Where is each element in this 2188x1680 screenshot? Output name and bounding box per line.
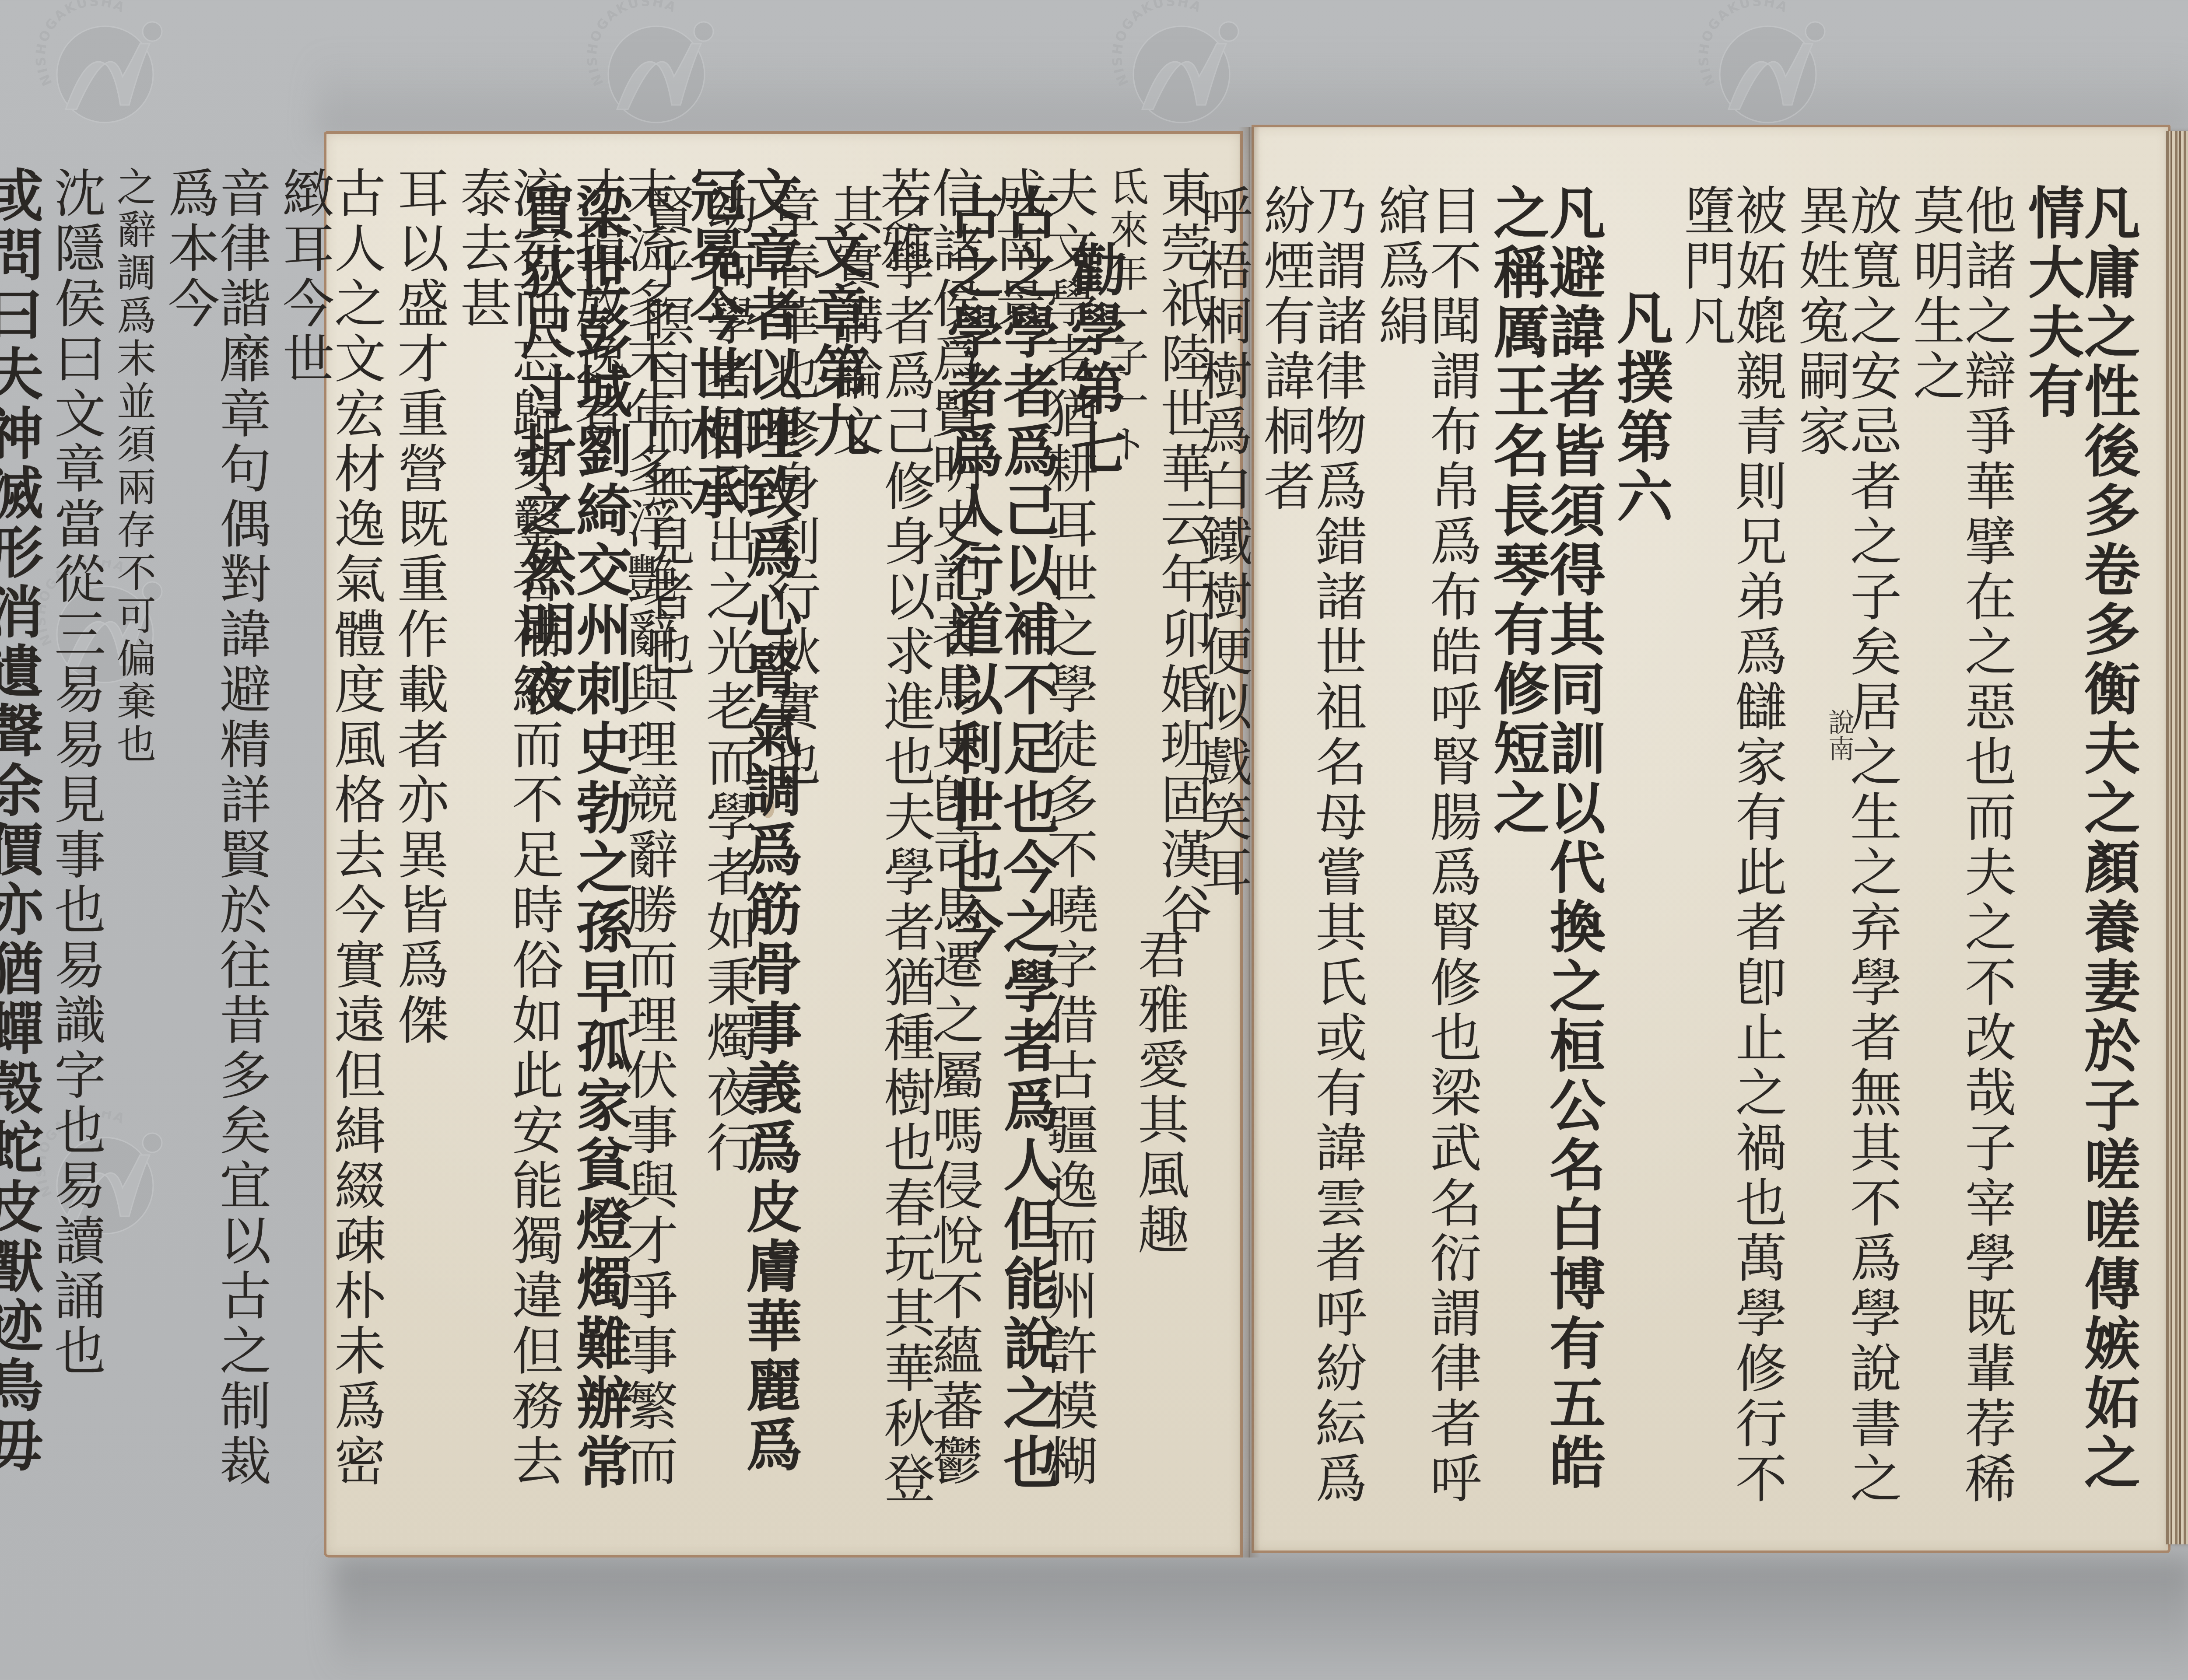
text-column: 放寬之安忌者之子矣居之生之弃學者無其不爲學說書之異姓寃嗣家 xyxy=(1794,184,1897,1518)
text-column: 君雅愛其風趣 xyxy=(1133,184,1185,1518)
open-book: 東莞祇陸世華云年卯婚班固漢谷 氐來年一子一ト 夫文學者猶耕耳世之學徒多不曉字借古… xyxy=(0,0,2188,1680)
text-column: 賢乎瞑目而無見者也 xyxy=(639,184,691,1518)
text-column: 凡避諱者皆須得其同訓以代換之桓公名白博有五皓之稱厲王名長琴有修短之 xyxy=(1489,184,1601,1518)
text-column: 音律諧靡章句偶對諱避精詳賢於往昔多矣宜以古之制裁爲本今 xyxy=(164,166,267,1522)
text-column: 沈隱侯曰文章當從三易易見事也易識字也易讀誦也 xyxy=(50,166,102,1522)
text-column: 之辭調爲末並須兩存不可偏棄也 xyxy=(113,166,152,1522)
text-column: 之學者爲己修身以求進也夫學者猶種樹也春玩其華秋登其實講論文 xyxy=(828,184,931,1518)
text-column: 乃謂諸律物爲錯諸世祖名母嘗其氏或有諱雲者呼紛紜爲紛煙有諱桐者 xyxy=(1259,184,1363,1518)
text-column: 或問曰夫神滅形消遺聲余價亦猶蟬殼蛇皮獸迹鳥毋耳何預於死者而聖 xyxy=(0,166,39,1522)
chapter-heading: 凡撲第六 xyxy=(1612,184,1668,1518)
text-column: 章春華也修身利行秋實也 xyxy=(765,184,817,1518)
text-column: 幼而學者如日出之光老而學者如秉燭夜行 xyxy=(702,184,754,1518)
text-column: 凡庸之性後多卷多衡夫之顏養妻於子嗟嗟傳嫉妬之情大夫有 xyxy=(2023,184,2135,1518)
text-column: 目不聞謂布帛爲布皓呼腎腸爲腎修也梁武名衍謂律者呼綰爲絹 xyxy=(1374,184,1477,1518)
text-column: 古人之文宏材逸氣體度風格去今實遠但緝綴疎朴未爲密緻耳今世 xyxy=(278,166,382,1522)
page-edges-stack xyxy=(2166,131,2188,1544)
text-column: 古之學者爲己以補不足也今之學者爲人但能說之也古之學者爲人行道以利世也今 xyxy=(943,184,1055,1518)
text-column: 被妬媲親青則兄弟爲讎家有此者卽止之禍也萬學修行不墮門凡 xyxy=(1680,184,1783,1518)
text-column: 呼梧桐樹爲白鐵樹便似戲笑耳 xyxy=(1196,184,1248,1518)
chapter-heading: 勸學第七 xyxy=(1066,184,1122,1518)
marginal-note: 說南 xyxy=(1820,709,1858,761)
right-page-text: 凡庸之性後多卷多衡夫之顏養妻於子嗟嗟傳嫉妬之情大夫有 他諸之辯爭華擘在之惡也而夫… xyxy=(504,184,2135,1518)
text-column: 耳以盛才重營既重作載者亦異皆爲傑 xyxy=(393,166,445,1522)
text-column: 梁世彭城劉綺交州刺史勃之孫早孤家貧燈燭難辦常買荻尺寸折之然明夜 xyxy=(515,184,628,1518)
text-column: 他諸之辯爭華擘在之惡也而夫之不改哉子宰學既輩荐稀莫明生之 xyxy=(1909,184,2012,1518)
